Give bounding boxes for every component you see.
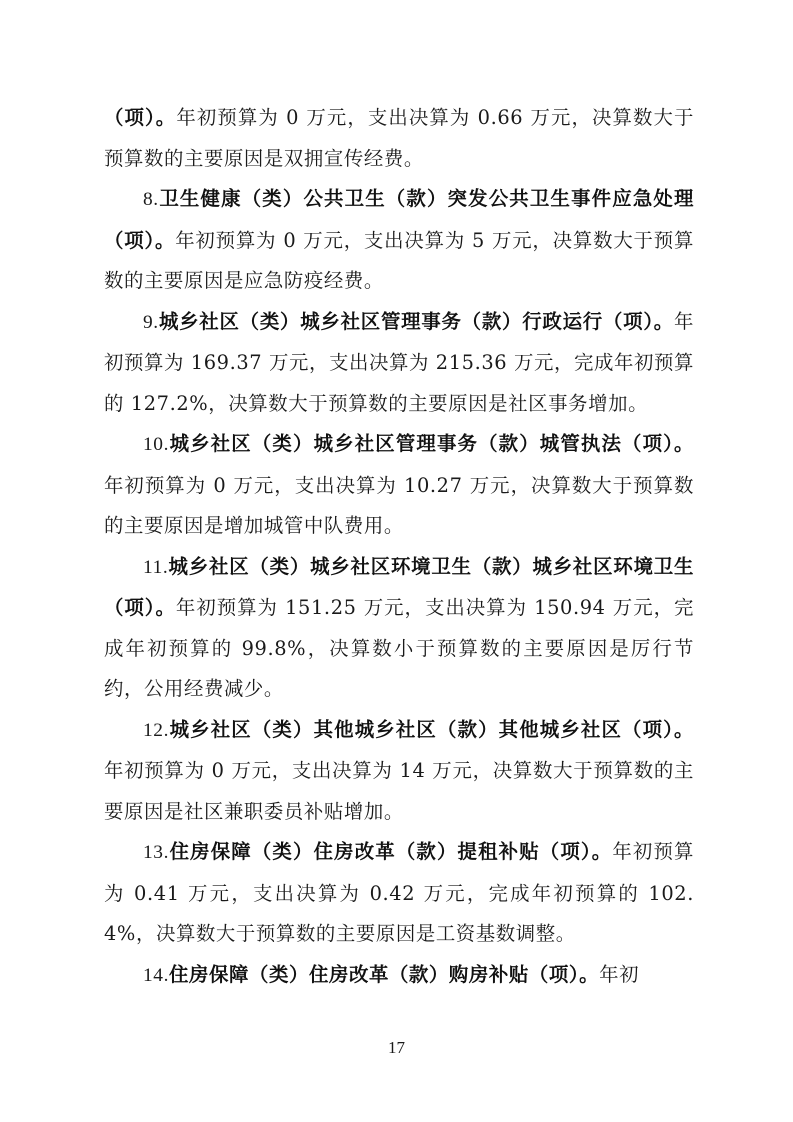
paragraph-number: 8.: [143, 189, 159, 210]
paragraph-heading: 城乡社区（类）其他城乡社区（款）其他城乡社区（项）。: [169, 718, 694, 741]
paragraph-item-9: 9.城乡社区（类）城乡社区管理事务（款）行政运行（项）。年初预算为 169.37…: [104, 302, 694, 425]
paragraph-item-11: 11.城乡社区（类）城乡社区环境卫生（款）城乡社区环境卫生（项）。年初预算为 1…: [104, 547, 694, 710]
paragraph-heading: 住房保障（类）住房改革（款）提租补贴（项）。: [169, 840, 612, 863]
paragraph-item-7-continued: （项）。年初预算为 0 万元，支出决算为 0.66 万元，决算数大于预算数的主要…: [104, 98, 694, 179]
paragraph-body: 年初预算为 0 万元，支出决算为 10.27 万元，决算数大于预算数的主要原因是…: [104, 474, 694, 538]
paragraph-number: 13.: [143, 842, 169, 863]
paragraph-item-8: 8.卫生健康（类）公共卫生（款）突发公共卫生事件应急处理（项）。年初预算为 0 …: [104, 179, 694, 302]
paragraph-item-14: 14.住房保障（类）住房改革（款）购房补贴（项）。年初: [104, 955, 694, 997]
paragraph-heading: 城乡社区（类）城乡社区管理事务（款）城管执法（项）。: [169, 432, 694, 455]
paragraph-heading: 住房保障（类）住房改革（款）购房补贴（项）。: [169, 963, 599, 986]
paragraph-number: 9.: [143, 312, 159, 333]
paragraph-body: 年初预算为 151.25 万元，支出决算为 150.94 万元，完成年初预算的 …: [104, 596, 694, 700]
paragraph-number: 14.: [143, 965, 169, 986]
document-page: （项）。年初预算为 0 万元，支出决算为 0.66 万元，决算数大于预算数的主要…: [104, 98, 694, 996]
paragraph-number: 12.: [143, 720, 169, 741]
paragraph-body: 年初: [599, 963, 639, 986]
paragraph-body: 年初预算为 0 万元，支出决算为 14 万元，决算数大于预算数的主要原因是社区兼…: [104, 759, 694, 823]
paragraph-number: 10.: [143, 434, 169, 455]
paragraph-item-13: 13.住房保障（类）住房改革（款）提租补贴（项）。年初预算为 0.41 万元，支…: [104, 832, 694, 955]
paragraph-body: 年初预算为 0 万元，支出决算为 0.66 万元，决算数大于预算数的主要原因是双…: [104, 106, 694, 170]
paragraph-heading: 城乡社区（类）城乡社区管理事务（款）行政运行（项）。: [159, 310, 674, 333]
page-number: 17: [0, 1038, 793, 1058]
paragraph-item-12: 12.城乡社区（类）其他城乡社区（款）其他城乡社区（项）。年初预算为 0 万元，…: [104, 710, 694, 833]
paragraph-item-10: 10.城乡社区（类）城乡社区管理事务（款）城管执法（项）。年初预算为 0 万元，…: [104, 424, 694, 547]
paragraph-number: 11.: [143, 557, 168, 578]
paragraph-heading: （项）。: [104, 106, 176, 129]
paragraph-body: 年初预算为 0 万元，支出决算为 5 万元，决算数大于预算数的主要原因是应急防疫…: [104, 229, 694, 293]
